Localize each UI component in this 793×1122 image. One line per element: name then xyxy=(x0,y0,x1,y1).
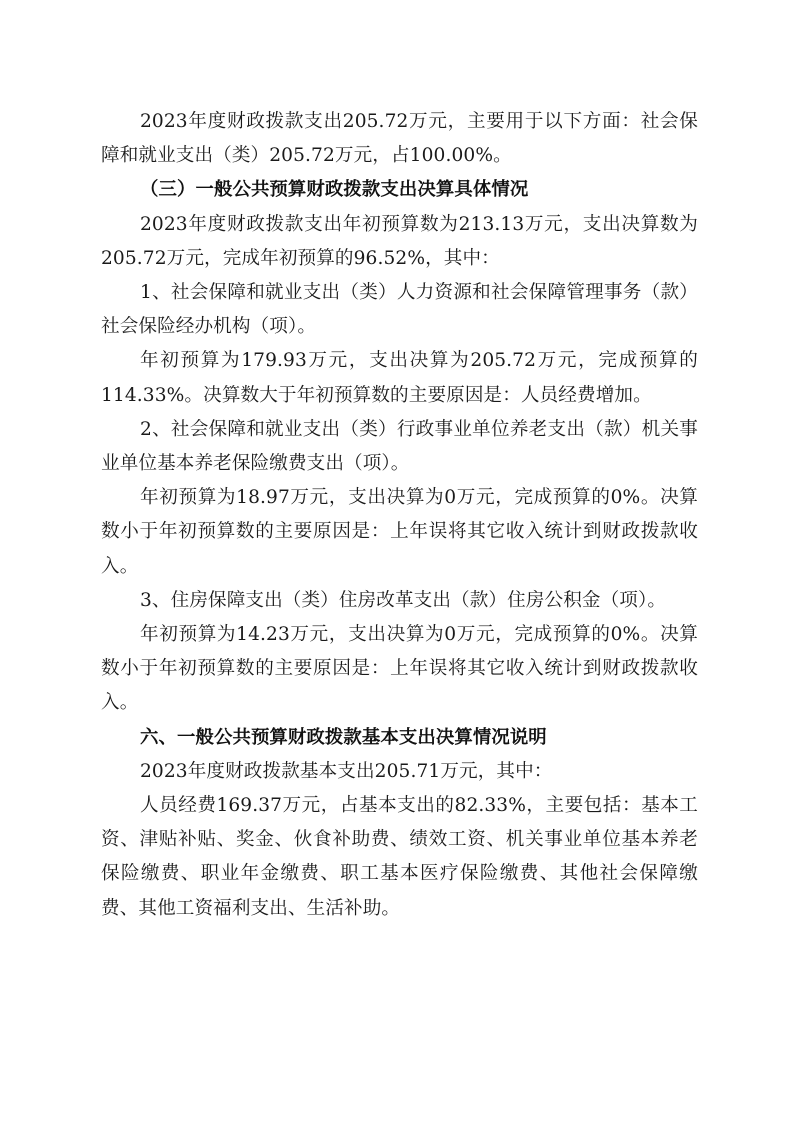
paragraph-item-1-title: 1、社会保障和就业支出（类）人力资源和社会保障管理事务（款）社会保险经办机构（项… xyxy=(101,276,698,344)
section-heading-general-budget-details: （三）一般公共预算财政拨款支出决算具体情况 xyxy=(101,173,698,207)
paragraph-basic-expenditure-total: 2023年度财政拨款基本支出205.71万元，其中： xyxy=(101,755,698,789)
paragraph-item-1-detail: 年初预算为179.93万元，支出决算为205.72万元，完成预算的114.33%… xyxy=(101,344,698,412)
paragraph-item-2-title: 2、社会保障和就业支出（类）行政事业单位养老支出（款）机关事业单位基本养老保险缴… xyxy=(101,413,698,481)
paragraph-item-2-detail: 年初预算为18.97万元，支出决算为0万元，完成预算的0%。决算数小于年初预算数… xyxy=(101,481,698,584)
paragraph-personnel-expenses: 人员经费169.37万元，占基本支出的82.33%，主要包括：基本工资、津贴补贴… xyxy=(101,789,698,926)
document-page: 2023年度财政拨款支出205.72万元，主要用于以下方面：社会保障和就业支出（… xyxy=(101,105,698,926)
section-heading-basic-expenditure: 六、一般公共预算财政拨款基本支出决算情况说明 xyxy=(101,721,698,755)
paragraph-item-3-title: 3、住房保障支出（类）住房改革支出（款）住房公积金（项）。 xyxy=(101,584,698,618)
paragraph-appropriation-expenditure-summary: 2023年度财政拨款支出205.72万元，主要用于以下方面：社会保障和就业支出（… xyxy=(101,105,698,173)
paragraph-budget-vs-final: 2023年度财政拨款支出年初预算数为213.13万元，支出决算数为205.72万… xyxy=(101,208,698,276)
paragraph-item-3-detail: 年初预算为14.23万元，支出决算为0万元，完成预算的0%。决算数小于年初预算数… xyxy=(101,618,698,721)
